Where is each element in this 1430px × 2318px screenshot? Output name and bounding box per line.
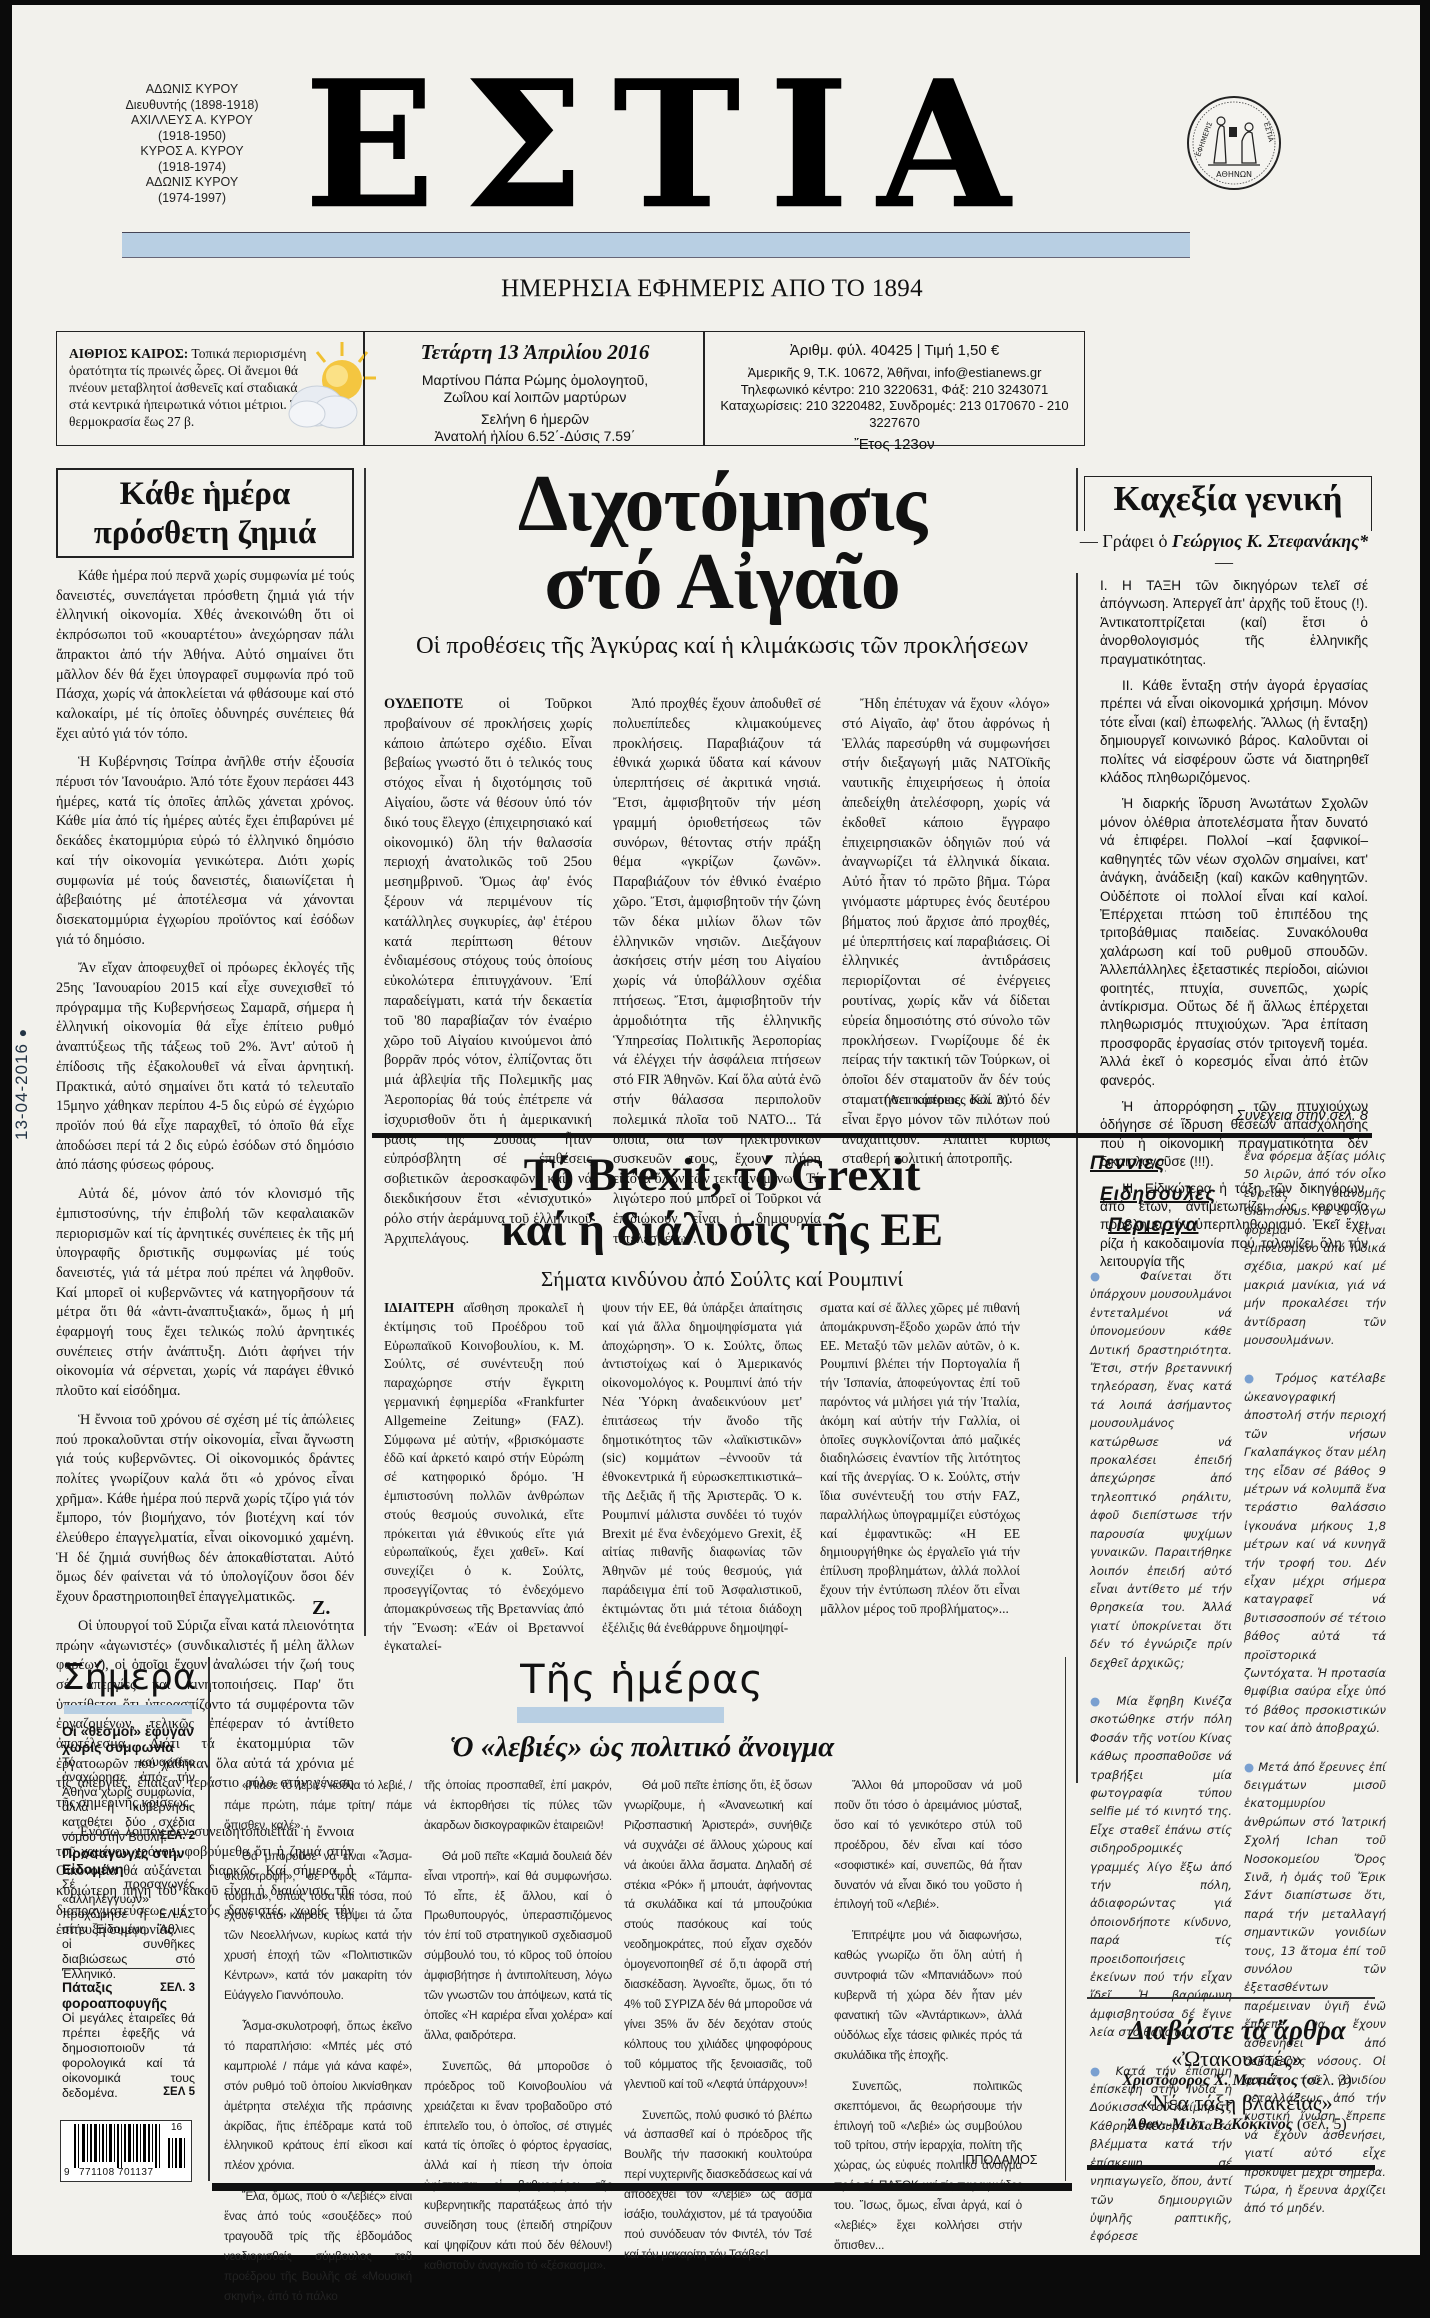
opinion-author: Γεώργιος Κ. Στεφανάκης* [1172, 531, 1368, 551]
coin-seal-icon: ΑΘΗΝΩΝ ΕΦΗΜΕΡΙΣ ΕΣΤΙΑ [1184, 93, 1284, 193]
svg-text:ΑΘΗΝΩΝ: ΑΘΗΝΩΝ [1216, 170, 1252, 179]
today-title: Σήμερα [62, 1657, 192, 1698]
lead-word: ΟΥΔΕΠΟΤΕ [384, 696, 463, 712]
column-divider [1065, 1657, 1066, 2181]
founder-years: (1974-1997) [112, 191, 272, 207]
section-rule [212, 2183, 1072, 2191]
column-divider [1076, 1148, 1078, 1783]
saints-of-day-2: Ζωΐλου καί λοιπῶν μαρτύρων [365, 389, 705, 406]
weather-label: ΑΙΘΡΙΟΣ ΚΑΙΡΟΣ: [69, 346, 188, 361]
barcode-prefix: 9 [64, 2167, 70, 2178]
newspaper-front-page: ΑΔΩΝΙΣ ΚΥΡΟΥ Διευθυντής (1898-1918) ΑΧΙΛ… [12, 5, 1420, 2255]
column-divider [208, 1657, 210, 2181]
founder-years: (1918-1950) [112, 129, 272, 145]
brexit-headline: Τό Brexit, τό Grexit καί ἡ διάλυσις τῆς … [372, 1148, 1072, 1258]
brexit-column-1: ΙΔΙΑΙΤΕΡΗ αἴσθηση προκαλεῖ ἡ ἐκτίμησις τ… [384, 1299, 584, 1656]
tagline: ΗΜΕΡΗΣΙΑ ΕΦΗΜΕΡΙΣ ΑΠΟ ΤΟ 1894 [312, 275, 1112, 303]
editorial-signature: Ζ. [312, 1597, 330, 1620]
founder-years: Διευθυντής (1898-1918) [112, 98, 272, 114]
founder-name: ΚΥΡΟΣ Α. ΚΥΡΟΥ [112, 144, 272, 160]
opinion-byline: — Γράφει ὁ Γεώργιος Κ. Στεφανάκης* — [1074, 531, 1374, 573]
lead-subtitle: Οἱ προθέσεις τῆς Ἀγκύρας καί ἡ κλιμάκωσι… [372, 632, 1072, 660]
date-box: Τετάρτη 13 Ἀπριλίου 2016 Μαρτίνου Πάπα Ρ… [364, 331, 704, 446]
founder-years: (1918-1974) [112, 160, 272, 176]
gossip-header: Πεννιες Ειδησουλες Περιεργα [1090, 1148, 1230, 1241]
issue-date: Τετάρτη 13 Ἀπριλίου 2016 [365, 340, 705, 365]
founders-list: ΑΔΩΝΙΣ ΚΥΡΟΥ Διευθυντής (1898-1918) ΑΧΙΛ… [112, 82, 272, 206]
of-the-day-title: Τῆς ἡμέρας [412, 1657, 872, 1703]
masthead-accent-bar [122, 232, 1190, 258]
read-articles-title: Διαβάστε τά ἄρθρα [1087, 2015, 1387, 2046]
today-item[interactable]: Οἱ «θεσμοί» ἔφυγαν χωρίς συμφωνία Τό κου… [62, 1723, 195, 1842]
lead-continued-link[interactable]: (Λεπτομέρειες σελ. 3) [842, 1093, 1050, 1109]
bullet-icon: ● [1244, 1760, 1254, 1774]
section-rule [372, 1133, 1372, 1138]
phone: Τηλεφωνικό κέντρο: 210 3220631, Φάξ: 210… [705, 382, 1084, 399]
issue-number-price: Ἀριθμ. φύλ. 40425 | Τιμή 1,50 € [705, 342, 1084, 359]
lead-headline: Διχοτόμησις στό Αἰγαῖο [372, 465, 1072, 621]
column-divider [364, 468, 366, 1636]
brexit-subtitle: Σήματα κινδύνου ἀπό Σούλτς καί Ρουμπινί [372, 1267, 1072, 1292]
barcode-issue: 16 [171, 2122, 182, 2133]
opinion-continued-link[interactable]: Συνέχεια στήν σελ. 8 [1162, 1108, 1368, 1124]
section-rule [1087, 2165, 1375, 2170]
founder-name: ΑΧΙΛΛΕΥΣ Α. ΚΥΡΟΥ [112, 113, 272, 129]
of-the-day-signature: ΙΠΠΟΔΑΜΟΣ [962, 2153, 1038, 2167]
moon-phase: Σελήνη 6 ἡμερῶν [365, 411, 705, 428]
read-articles-box: Διαβάστε τά ἄρθρα «Ὠτακουστές» Χριστόφορ… [1087, 2015, 1387, 2134]
brexit-column-3: σματα καί σέ ἄλλες χῶρες μέ πιθανή ἀπομά… [820, 1299, 1020, 1619]
subscriptions: Καταχωρίσεις: 210 3220482, Συνδρομές: 21… [705, 398, 1084, 431]
bullet-icon: ● [1090, 1694, 1106, 1708]
of-the-day-subtitle: Ὁ «λεβιές» ὡς πολιτικό ἄνοιγμα [232, 1731, 1052, 1764]
barcode: 16 9 771108 701137 [60, 2120, 192, 2182]
brexit-column-2: ψουν τήν ΕΕ, θά ὑπάρξει ἀπαίτησις καί γι… [602, 1299, 802, 1637]
address: Ἀμερικῆς 9, Τ.Κ. 10672, Ἀθῆναι, info@est… [705, 365, 1084, 382]
divider [62, 1968, 195, 1969]
bullet-icon: ● [1090, 1269, 1118, 1283]
editorial-title: Κάθε ἡμέρα πρόσθετη ζημιά [56, 468, 354, 558]
newspaper-logo: ΕΣΤΙΑ [304, 63, 1124, 226]
founder-name: ΑΔΩΝΙΣ ΚΥΡΟΥ [112, 82, 272, 98]
bullet-icon: ● [1244, 1371, 1263, 1385]
of-the-day-accent-bar [517, 1707, 724, 1723]
today-item[interactable]: Προσαγωγές στήν Εἰδομένη Σέ προσαγωγές «… [62, 1845, 195, 1994]
publication-year: Ἔτος 123ον [705, 436, 1084, 453]
founder-name: ΑΔΩΝΙΣ ΚΥΡΟΥ [112, 175, 272, 191]
weather-box: ΑΙΘΡΙΟΣ ΚΑΙΡΟΣ: Τοπικά περιορισμένη ὁρατ… [56, 331, 364, 446]
sunrise-sunset: Ἀνατολή ἡλίου 6.52΄-Δύσις 7.59΄ [365, 428, 705, 445]
today-item[interactable]: Πάταξις φοροαποφυγῆς Οἱ μεγάλες ἑταιρεῖε… [62, 1979, 195, 2098]
saints-of-day: Μαρτίνου Πάπα Ρώμης ὁμολογητοῦ, [365, 372, 705, 389]
divider [62, 1834, 195, 1835]
barcode-number: 771108 701137 [79, 2167, 154, 2178]
divider [1087, 1997, 1375, 1999]
article-link[interactable]: «Νέα τάξη βλακείας» [1087, 2090, 1387, 2116]
contact-box: Ἀριθμ. φύλ. 40425 | Τιμή 1,50 € Ἀμερικῆς… [704, 331, 1085, 446]
today-accent-bar [64, 1705, 192, 1714]
article-link[interactable]: «Ὠτακουστές» [1087, 2046, 1387, 2072]
